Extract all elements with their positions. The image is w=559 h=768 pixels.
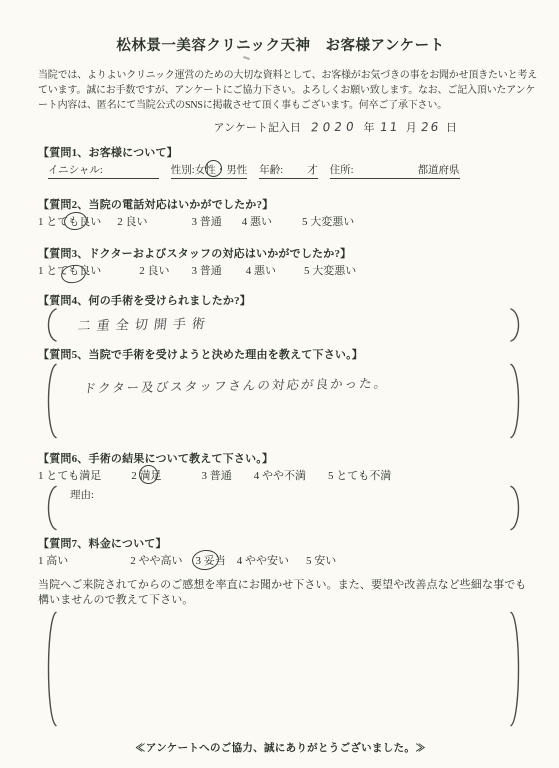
option-label: 3 普通 (202, 470, 232, 482)
gender-option-male: 男性 (226, 162, 247, 177)
q1-fields-row: イニシャル: 性別: 女性 ・ 男性 年齢: 才 住所: 都道府県 (48, 162, 523, 179)
option-label: 3 妥当 (196, 555, 226, 567)
address-unit: 都道府県 (418, 162, 460, 177)
bracket-left (44, 362, 58, 440)
bracket-left (44, 610, 58, 728)
q6-header: 【質問6、手術の結果について教えて下さい。】 (38, 450, 523, 466)
feedback-answer-box (44, 610, 523, 728)
option-label: 5 大変悪い (302, 216, 354, 228)
bracket-left (44, 308, 58, 342)
q6-option-5: 5 とても不満 (328, 467, 391, 483)
bracket-left (44, 485, 58, 531)
option-label: 5 とても不満 (328, 470, 391, 482)
option-label: 2 やや高い (130, 555, 182, 567)
age-field: 年齢: 才 (259, 162, 317, 179)
q4-header: 【質問4、何の手術を受けられましたか?】 (38, 292, 523, 308)
option-label: 1 とても良い (38, 265, 101, 277)
scanned-survey-page: 松林景一美容クリニック天神 お客様アンケート 当院では、よりよいクリニック運営の… (0, 0, 559, 768)
age-blank (283, 172, 307, 173)
q4-answer-area: 二重全切開手術 (58, 308, 509, 342)
q3-option-2: 2 良い (139, 262, 169, 278)
intro-paragraph: 当院では、よりよいクリニック運営のための大切な資料として、お客様がお気づきの事を… (38, 69, 523, 113)
q7-header: 【質問7、料金について】 (38, 535, 523, 551)
gender-field: 性別: 女性 ・ 男性 (171, 162, 247, 179)
survey-date-line: アンケート記入日 2020 年 11 月 26 日 (38, 119, 523, 135)
option-label: 3 普通 (192, 265, 222, 277)
option-label: 2 良い (139, 265, 169, 277)
address-blank (354, 172, 418, 173)
q3-options: 1 とても良い 2 良い 3 普通 4 悪い 5 大変悪い (38, 262, 523, 278)
initial-field: イニシャル: (48, 162, 159, 179)
option-label: 2 良い (117, 216, 147, 228)
q6-option-1: 1 とても満足 (38, 467, 101, 483)
q7-option-1: 1 高い (38, 552, 68, 568)
feedback-answer-area (58, 610, 509, 728)
q3-option-3: 3 普通 (192, 262, 222, 278)
day-unit: 日 (446, 119, 457, 135)
date-label: アンケート記入日 (214, 119, 301, 135)
handwritten-year: 2020 (310, 120, 358, 135)
q2-option-4: 4 悪い (242, 213, 272, 229)
option-label: 3 普通 (192, 216, 222, 228)
age-unit: 才 (307, 162, 318, 177)
q7-option-5: 5 安い (306, 552, 336, 568)
page-title: 松林景一美容クリニック天神 お客様アンケート (38, 34, 523, 55)
bracket-right (509, 362, 523, 440)
q6-option-4: 4 やや不満 (254, 467, 306, 483)
option-label: 1 とても良い (38, 216, 101, 228)
q6-reason-area: 理由: (58, 485, 509, 531)
intro-line-3: ート内容は、匿名にて当院公式のSNSに掲載させて頂く事もございます。何卒ご了承下… (38, 99, 523, 114)
feedback-prompt-line-1: 当院へご来院されてからのご感想を率直にお聞かせ下さい。また、要望や改善点など些細… (38, 578, 523, 593)
q5-answer-box: ドクター及びスタッフさんの対応が良かった。 (44, 362, 523, 440)
q4-handwritten-answer: 二重全切開手術 (77, 313, 213, 334)
option-label: 2 満足 (131, 470, 161, 482)
q2-option-3: 3 普通 (192, 213, 222, 229)
gender-label: 性別: (171, 162, 195, 177)
q2-option-5: 5 大変悪い (302, 213, 354, 229)
q7-option-4: 4 やや安い (237, 552, 289, 568)
bracket-right (509, 485, 523, 531)
q5-answer-area: ドクター及びスタッフさんの対応が良かった。 (58, 362, 509, 440)
q2-option-2: 2 良い (117, 213, 147, 229)
q7-option-3: 3 妥当 (196, 552, 226, 568)
option-label: 5 安い (306, 555, 336, 567)
address-label: 住所: (330, 162, 354, 177)
year-unit: 年 (363, 119, 374, 135)
option-label: 1 高い (38, 555, 68, 567)
option-label: 4 やや不満 (254, 470, 306, 482)
age-label: 年齢: (259, 162, 283, 177)
q6-options: 1 とても満足 2 満足 3 普通 4 やや不満 5 とても不満 (38, 467, 523, 483)
q6-reason-box: 理由: (44, 485, 523, 531)
bracket-right (509, 610, 523, 728)
q7-options: 1 高い 2 やや高い 3 妥当 4 やや安い 5 安い (38, 552, 523, 568)
reason-label: 理由: (70, 487, 94, 502)
q3-option-5: 5 大変悪い (304, 262, 356, 278)
q2-header: 【質問2、当院の電話対応はいかがでしたか?】 (38, 196, 523, 212)
gender-female-label: 女性 (195, 165, 216, 176)
option-label: 4 悪い (246, 265, 276, 277)
feedback-prompt-line-2: 構いませんので教えて下さい。 (38, 593, 523, 608)
q3-header: 【質問3、ドクターおよびスタッフの対応はいかがでしたか?】 (38, 245, 523, 261)
intro-line-1: 当院では、よりよいクリニック運営のための大切な資料として、お客様がお気づきの事を… (38, 69, 523, 84)
intro-line-2: ています。誠にお手数ですが、アンケートにご協力下さい。よろしくお願い致します。な… (38, 84, 523, 99)
q4-answer-box: 二重全切開手術 (44, 308, 523, 342)
scan-artifact (243, 56, 250, 60)
address-field: 住所: 都道府県 (330, 162, 460, 179)
q6-option-2: 2 満足 (131, 467, 161, 483)
initial-label: イニシャル: (48, 162, 103, 177)
q5-handwritten-answer: ドクター及びスタッフさんの対応が良かった。 (83, 374, 390, 397)
q5-header: 【質問5、当院で手術を受けようと決めた理由を教えて下さい。】 (38, 346, 523, 362)
bracket-right (509, 308, 523, 342)
gender-option-female: 女性 (195, 162, 216, 177)
option-label: 5 大変悪い (304, 265, 356, 277)
option-label: 1 とても満足 (38, 470, 101, 482)
feedback-prompt: 当院へご来院されてからのご感想を率直にお聞かせ下さい。また、要望や改善点など些細… (38, 578, 523, 608)
option-label: 4 やや安い (237, 555, 289, 567)
q1-header: 【質問1、お客様について】 (38, 144, 523, 160)
month-unit: 月 (406, 119, 417, 135)
option-label: 4 悪い (242, 216, 272, 228)
q6-option-3: 3 普通 (202, 467, 232, 483)
gender-separator: ・ (216, 162, 227, 177)
closing-message: ≪アンケートへのご協力、誠にありがとうございました。≫ (38, 740, 523, 755)
handwritten-day: 26 (420, 120, 441, 134)
q3-option-1: 1 とても良い (38, 262, 101, 278)
q3-option-4: 4 悪い (246, 262, 276, 278)
handwritten-month: 11 (380, 120, 401, 134)
q2-options: 1 とても良い 2 良い 3 普通 4 悪い 5 大変悪い (38, 213, 523, 229)
initial-blank (103, 172, 159, 173)
q2-option-1: 1 とても良い (38, 213, 101, 229)
q7-option-2: 2 やや高い (130, 552, 182, 568)
